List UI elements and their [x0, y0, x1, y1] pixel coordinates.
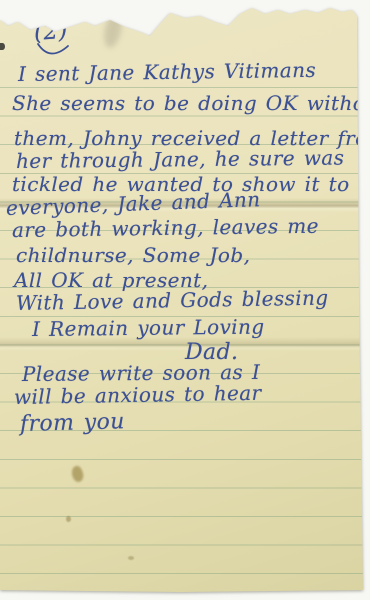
scanned-letter: (2) I sent Jane Kathys Vitimans She seem…: [0, 0, 370, 600]
letter-line: childnurse, Some Job,: [16, 243, 250, 267]
letter-line: I Remain your Loving: [32, 315, 265, 341]
letter-page: (2) I sent Jane Kathys Vitimans She seem…: [0, 0, 370, 600]
smudge-stain: [101, 11, 124, 50]
letter-line: I sent Jane Kathys Vitimans: [18, 58, 316, 86]
paper-shadow: (2) I sent Jane Kathys Vitimans She seem…: [0, 0, 370, 600]
letter-line: her through Jane, he sure was: [16, 146, 345, 173]
letter-line: will be anxious to hear: [14, 381, 262, 409]
page-number-flourish: [36, 42, 72, 62]
scan-artifact: [0, 43, 5, 50]
letter-line: from you: [20, 409, 125, 437]
letter-line: are both working, leaves me: [12, 214, 319, 242]
letter-line: She seems to be doing OK without: [12, 91, 370, 115]
